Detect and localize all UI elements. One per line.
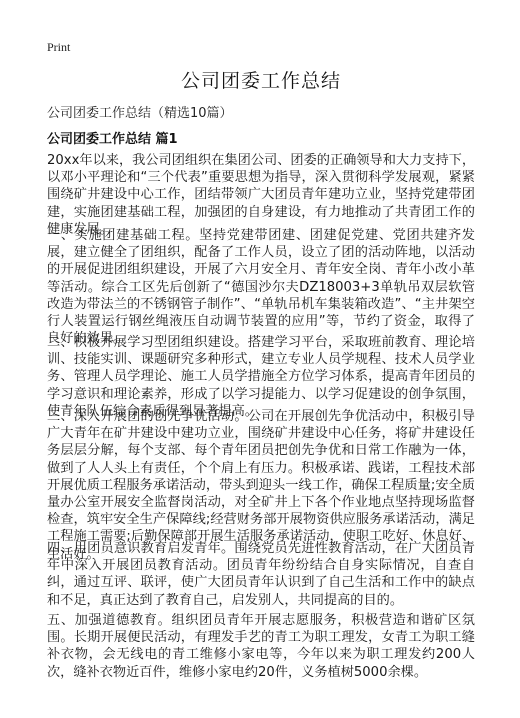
- page-title: 公司团委工作总结: [47, 66, 475, 93]
- print-label[interactable]: Print: [47, 40, 70, 55]
- document-subtitle: 公司团委工作总结（精选10篇）: [47, 102, 233, 121]
- paragraph-section-4: 四、用团员意识教育启发青年。围绕党员先进性教育活动，在广大团员青年中深入开展团员…: [47, 540, 475, 609]
- paragraph-section-5: 五、加强道德教育。组织团员青年开展志愿服务，积极营造和谐矿区氛围。长期开展便民活…: [47, 612, 475, 681]
- paragraph-section-1: 一、实施团建基础工程。坚持党建带团建、团建促党建、党团共建齐发展，建立健全了团组…: [47, 227, 475, 347]
- section-heading: 公司团委工作总结 篇1: [47, 128, 178, 147]
- paragraph-intro: 20xx年以来，我公司团组织在集团公司、团委的正确领导和大力支持下，以邓小平理论…: [47, 152, 475, 238]
